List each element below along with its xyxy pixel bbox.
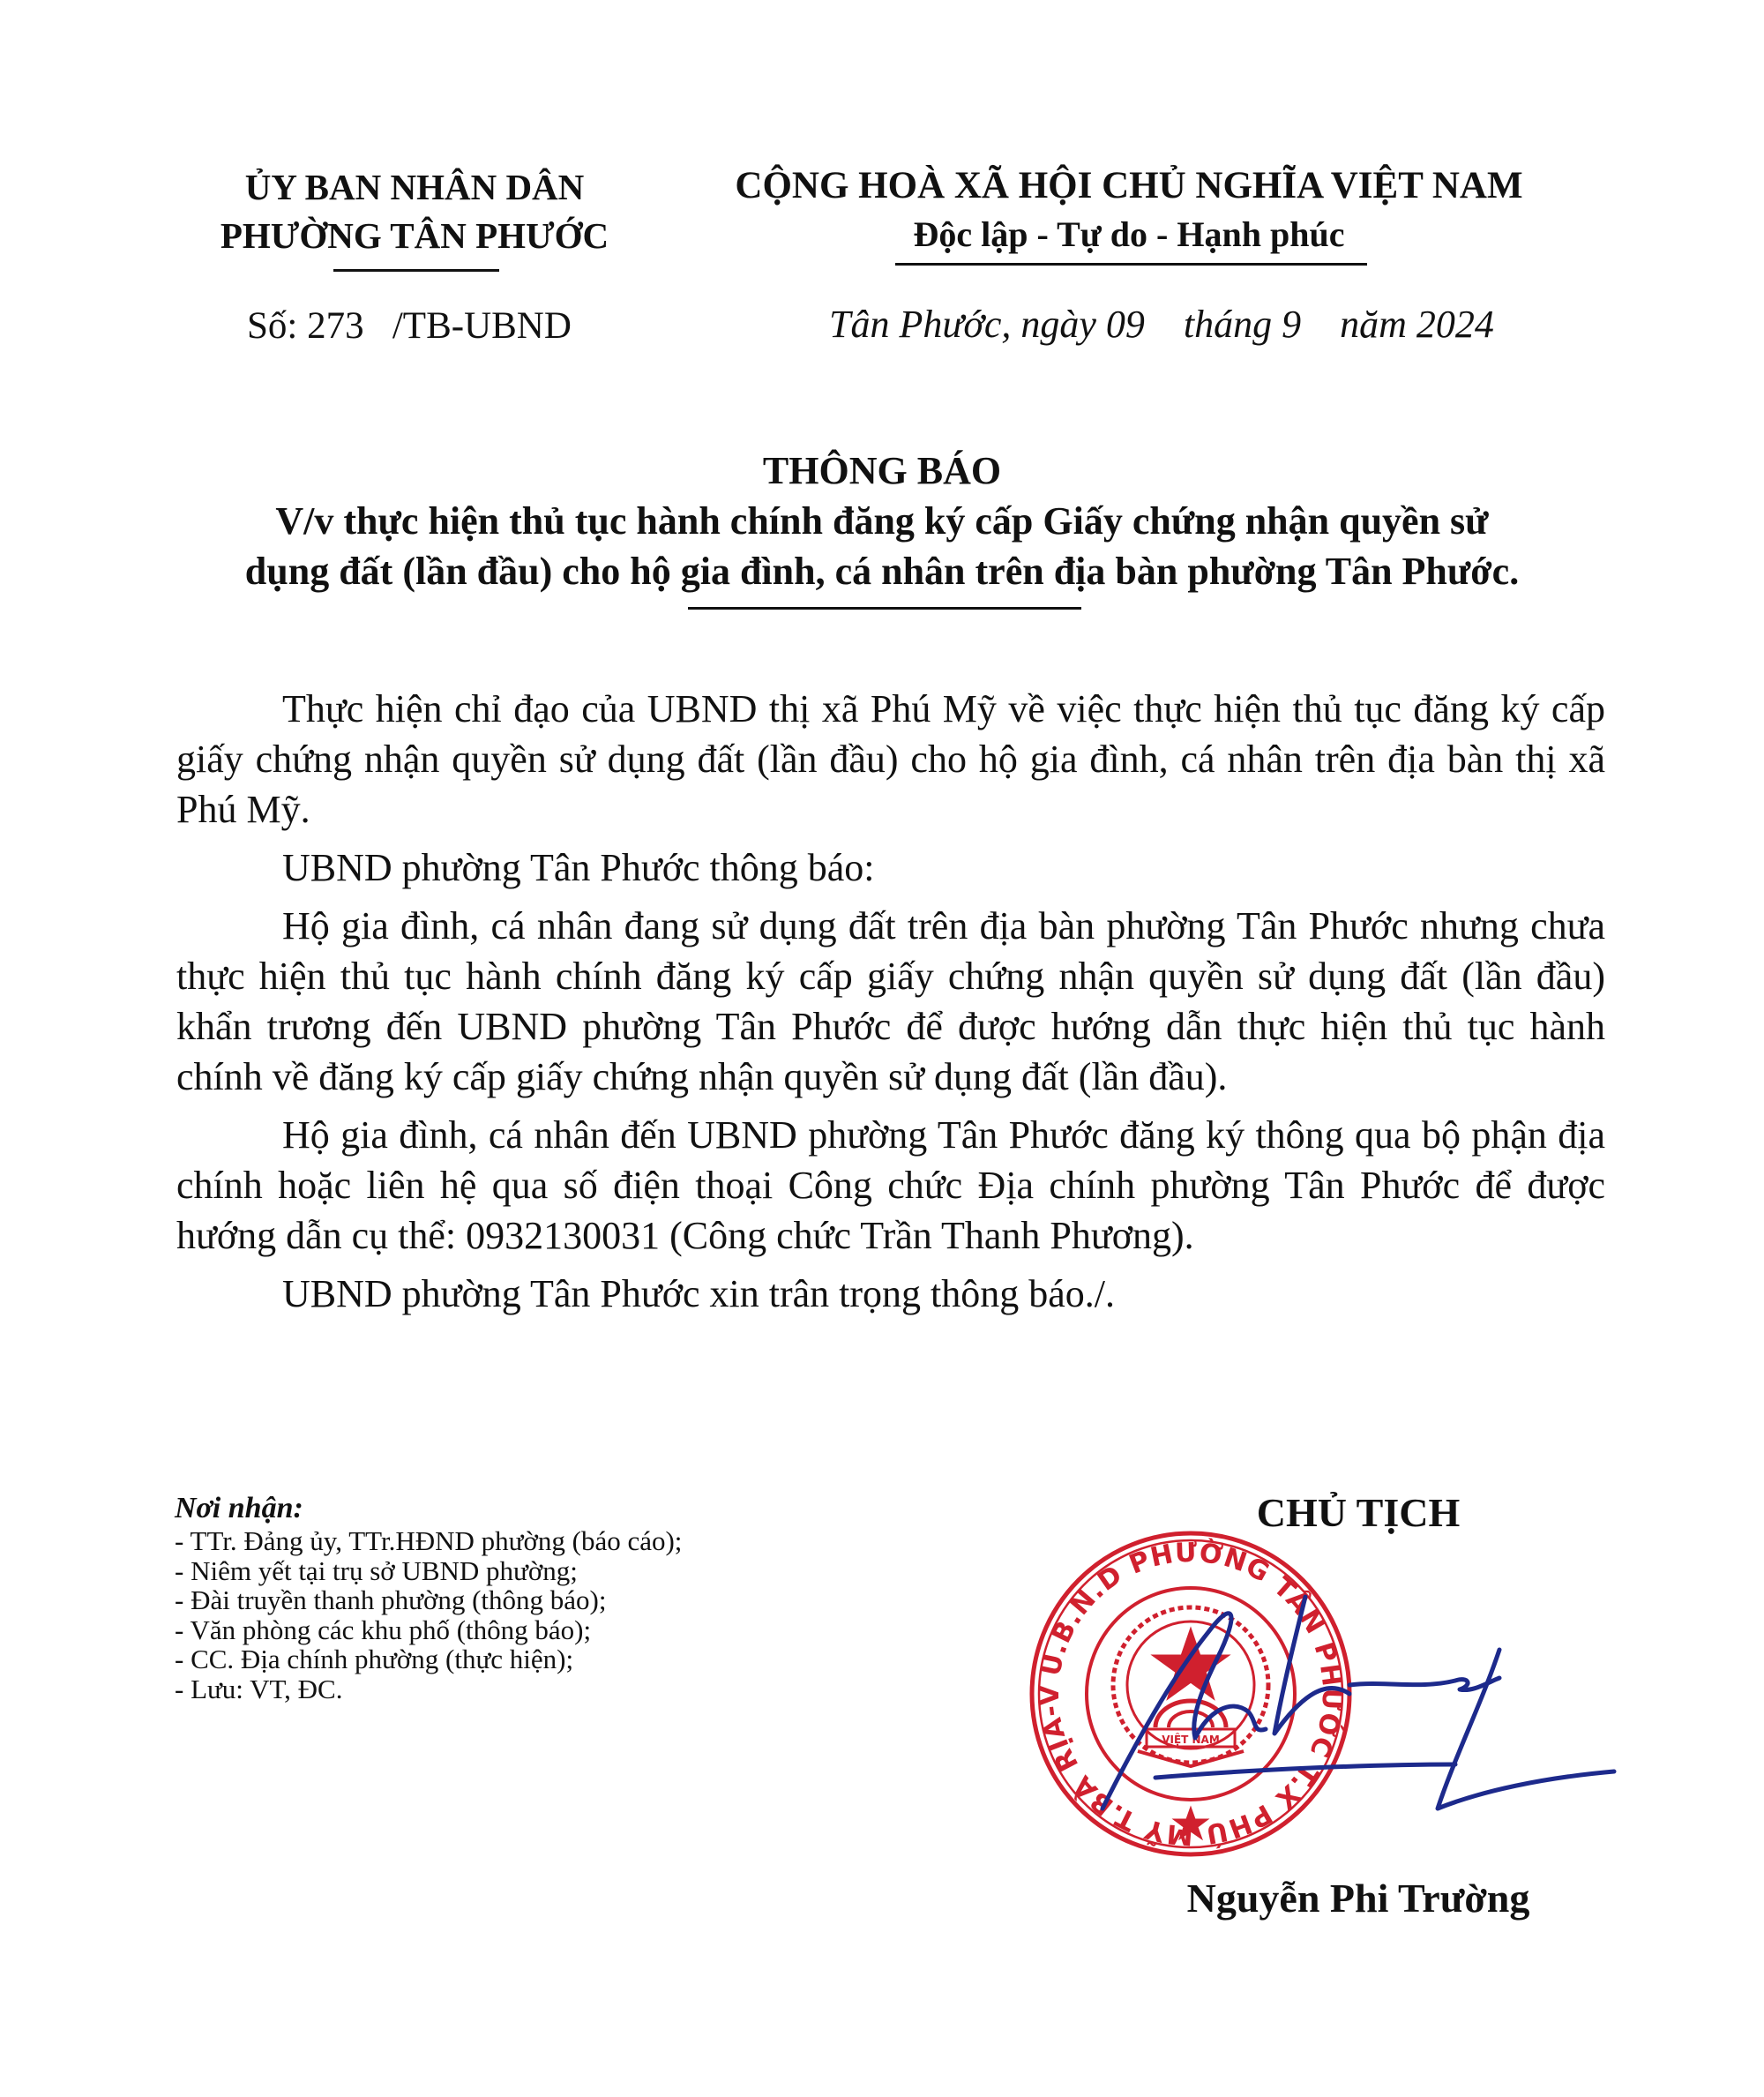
body-paragraph: UBND phường Tân Phước thông báo: bbox=[176, 843, 1605, 893]
document-title: THÔNG BÁO V/v thực hiện thủ tục hành chí… bbox=[168, 446, 1596, 596]
subject-line-2: dụng đất (lần đầu) cho hộ gia đình, cá n… bbox=[168, 546, 1596, 596]
document-body: Thực hiện chỉ đạo của UBND thị xã Phú Mỹ… bbox=[176, 684, 1605, 1327]
body-paragraph: Thực hiện chỉ đạo của UBND thị xã Phú Mỹ… bbox=[176, 684, 1605, 835]
recipient-item: - Niêm yết tại trụ sở UBND phường; bbox=[175, 1556, 682, 1586]
recipient-item: - Văn phòng các khu phố (thông báo); bbox=[175, 1615, 682, 1645]
national-motto: Độc lập - Tự do - Hạnh phúc bbox=[688, 210, 1570, 258]
signer-name: Nguyễn Phi Trường bbox=[1102, 1875, 1614, 1921]
motto-divider bbox=[895, 263, 1367, 266]
body-paragraph: Hộ gia đình, cá nhân đang sử dụng đất tr… bbox=[176, 901, 1605, 1102]
national-header: CỘNG HOÀ XÃ HỘI CHỦ NGHĨA VIỆT NAM Độc l… bbox=[688, 161, 1570, 258]
document-date: Tân Phước, ngày 09 tháng 9 năm 2024 bbox=[829, 302, 1494, 347]
recipient-item: - TTr. Đảng ủy, TTr.HĐND phường (báo cáo… bbox=[175, 1526, 682, 1556]
agency-line-1: ỦY BAN NHÂN DÂN bbox=[168, 163, 661, 212]
title-divider bbox=[688, 607, 1081, 610]
agency-divider bbox=[333, 269, 499, 272]
handwritten-signature-icon bbox=[1085, 1579, 1632, 1826]
recipient-item: - CC. Địa chính phường (thực hiện); bbox=[175, 1644, 682, 1674]
body-paragraph: Hộ gia đình, cá nhân đến UBND phường Tân… bbox=[176, 1110, 1605, 1261]
recipients-list: Nơi nhận: - TTr. Đảng ủy, TTr.HĐND phườn… bbox=[175, 1491, 682, 1704]
recipients-label: Nơi nhận: bbox=[175, 1491, 682, 1526]
country-name: CỘNG HOÀ XÃ HỘI CHỦ NGHĨA VIỆT NAM bbox=[688, 161, 1570, 210]
document-number: Số: 273 /TB-UBND bbox=[247, 304, 572, 348]
issuing-agency: ỦY BAN NHÂN DÂN PHƯỜNG TÂN PHƯỚC bbox=[168, 163, 661, 260]
recipient-item: - Lưu: VT, ĐC. bbox=[175, 1674, 682, 1704]
agency-line-2: PHƯỜNG TÂN PHƯỚC bbox=[168, 212, 661, 260]
subject-line-1: V/v thực hiện thủ tục hành chính đăng ký… bbox=[168, 496, 1596, 546]
title-heading: THÔNG BÁO bbox=[168, 446, 1596, 496]
body-paragraph: UBND phường Tân Phước xin trân trọng thô… bbox=[176, 1269, 1605, 1319]
recipient-item: - Đài truyền thanh phường (thông báo); bbox=[175, 1585, 682, 1615]
